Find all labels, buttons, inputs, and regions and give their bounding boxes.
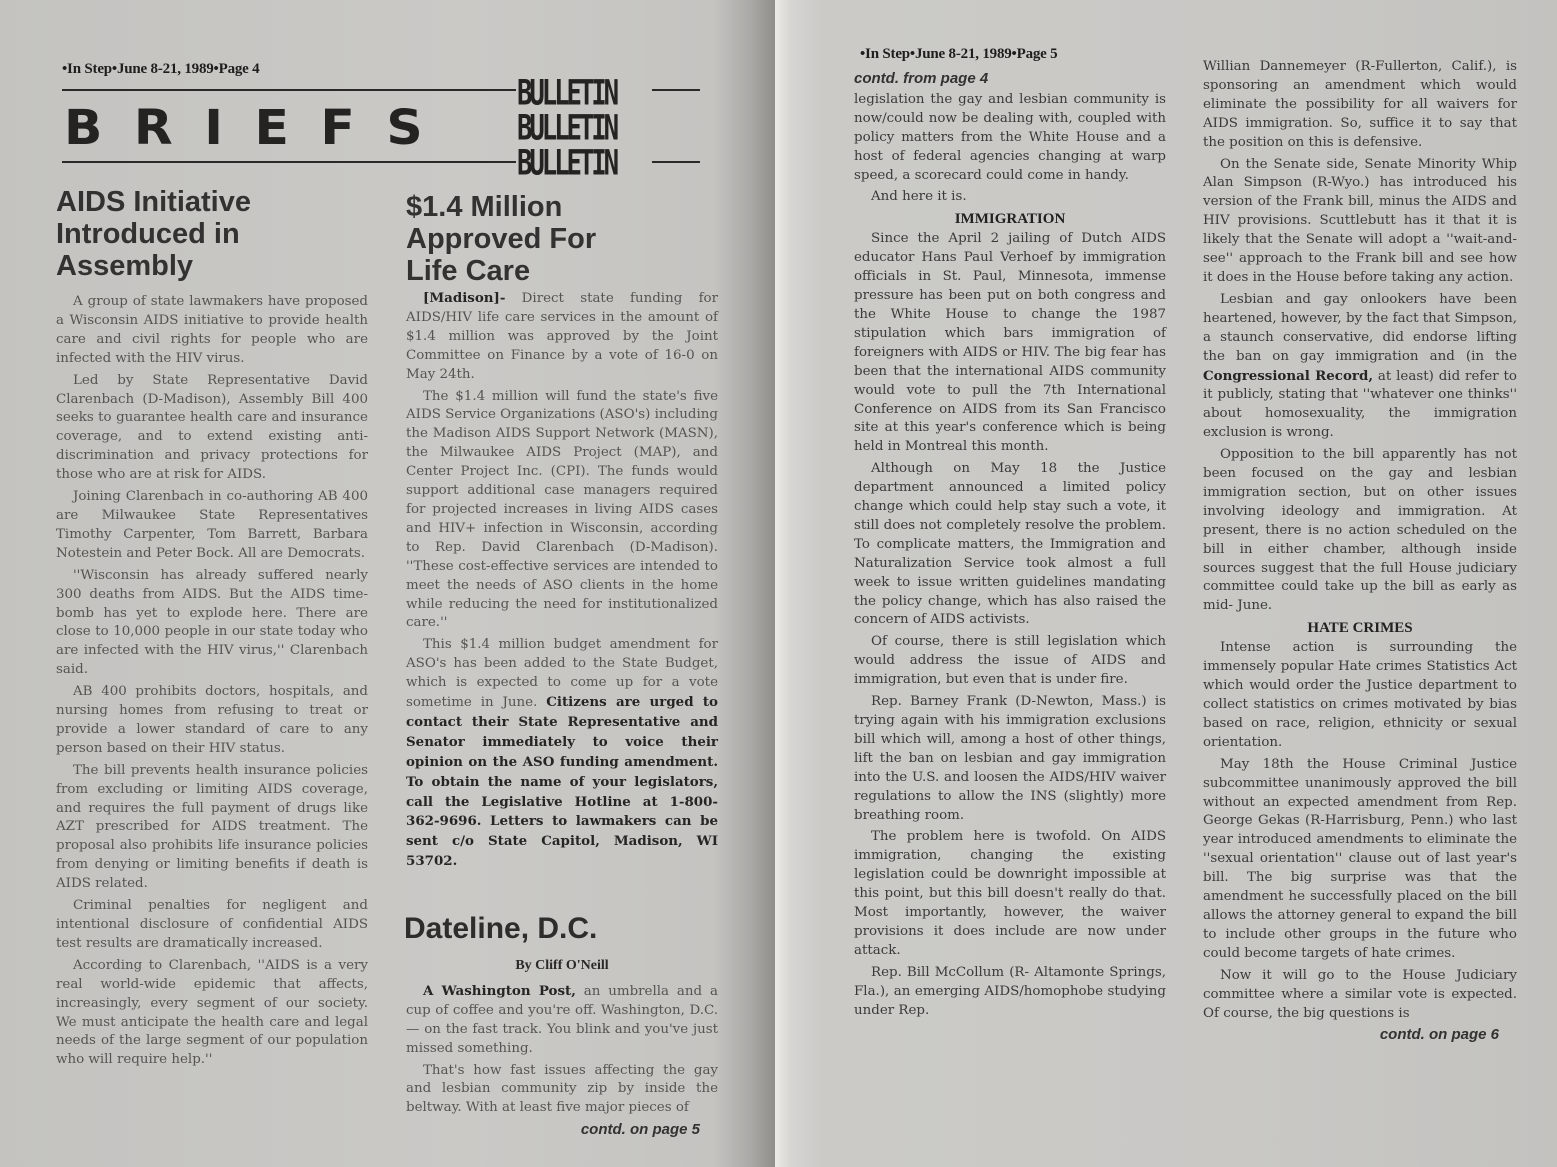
top-rule bbox=[62, 89, 516, 91]
paragraph: Opposition to the bill apparently has no… bbox=[1203, 446, 1517, 616]
paragraph: Lesbian and gay onlookers have been hear… bbox=[1203, 291, 1517, 443]
dateline-lead: [Madison]- bbox=[423, 290, 505, 306]
article-dateline-dc: By Cliff O'Neill A Washington Post, an u… bbox=[406, 955, 718, 1140]
bulletin-logo: BULLETIN bbox=[517, 110, 616, 145]
paragraph: Rep. Bill McCollum (R- Altamonte Springs… bbox=[854, 964, 1166, 1021]
headline-dateline-dc: Dateline, D.C. bbox=[404, 912, 597, 946]
publication-name: Congressional Record, bbox=[1203, 368, 1373, 384]
column-immigration: contd. from page 4 legislation the gay a… bbox=[854, 70, 1166, 1024]
bulletin-logo: BULLETIN bbox=[517, 75, 616, 110]
bulletin-dash bbox=[652, 89, 700, 91]
page-folio: •In Step•June 8-21, 1989•Page 4 bbox=[62, 61, 259, 78]
continued-link[interactable]: contd. on page 6 bbox=[1203, 1026, 1517, 1045]
bottom-rule bbox=[62, 161, 516, 163]
paragraph: The $1.4 million will fund the state's f… bbox=[406, 388, 718, 634]
publication-name: A Washington Post, bbox=[423, 983, 576, 999]
paragraph: A group of state lawmakers have proposed… bbox=[56, 293, 368, 369]
headline-aids-initiative: AIDS Initiative Introduced in Assembly bbox=[56, 186, 251, 282]
article-life-care: [Madison]- Direct state funding for AIDS… bbox=[406, 289, 718, 875]
column-hate-crimes: Willian Dannemeyer (R-Fullerton, Calif.)… bbox=[1203, 58, 1517, 1045]
paragraph: Since the April 2 jailing of Dutch AIDS … bbox=[854, 230, 1166, 457]
bulletin-dash bbox=[652, 161, 700, 163]
paragraph: [Madison]- Direct state funding for AIDS… bbox=[406, 289, 718, 385]
paragraph: According to Clarenbach, ''AIDS is a ver… bbox=[56, 957, 368, 1070]
paragraph: Intense action is surrounding the immens… bbox=[1203, 639, 1517, 752]
paragraph: ''Wisconsin has already suffered nearly … bbox=[56, 567, 368, 680]
paragraph: Criminal penalties for negligent and int… bbox=[56, 897, 368, 954]
paragraph: May 18th the House Criminal Justice subc… bbox=[1203, 756, 1517, 964]
subhead-hate-crimes: HATE CRIMES bbox=[1203, 619, 1517, 637]
bulletin-logo: BULLETIN bbox=[517, 145, 616, 180]
paragraph: Of course, there is still legislation wh… bbox=[854, 633, 1166, 690]
paragraph: The problem here is twofold. On AIDS imm… bbox=[854, 828, 1166, 960]
paragraph: Now it will go to the House Judiciary co… bbox=[1203, 967, 1517, 1024]
paragraph: AB 400 prohibits doctors, hospitals, and… bbox=[56, 683, 368, 759]
byline: By Cliff O'Neill bbox=[406, 957, 718, 976]
page-folio: •In Step•June 8-21, 1989•Page 5 bbox=[860, 46, 1057, 63]
paragraph: That's how fast issues affecting the gay… bbox=[406, 1062, 718, 1119]
paragraph: Joining Clarenbach in co-authoring AB 40… bbox=[56, 488, 368, 564]
paragraph: Although on May 18 the Justice departmen… bbox=[854, 460, 1166, 630]
call-to-action: Citizens are urged to contact their Stat… bbox=[406, 694, 718, 869]
left-page: •In Step•June 8-21, 1989•Page 4 BRIEFS B… bbox=[0, 0, 775, 1167]
subhead-immigration: IMMIGRATION bbox=[854, 210, 1166, 228]
continued-link[interactable]: contd. on page 5 bbox=[406, 1121, 718, 1140]
paragraph: The bill prevents health insurance polic… bbox=[56, 762, 368, 894]
section-title: BRIEFS bbox=[64, 100, 454, 156]
continued-from[interactable]: contd. from page 4 bbox=[854, 70, 1166, 89]
paragraph: Led by State Representative David Claren… bbox=[56, 372, 368, 485]
headline-life-care: $1.4 Million Approved For Life Care bbox=[406, 191, 596, 287]
article-aids-initiative: A group of state lawmakers have proposed… bbox=[56, 293, 368, 1073]
paragraph: A Washington Post, an umbrella and a cup… bbox=[406, 982, 718, 1059]
paragraph: Willian Dannemeyer (R-Fullerton, Calif.)… bbox=[1203, 58, 1517, 153]
paragraph: legislation the gay and lesbian communit… bbox=[854, 91, 1166, 186]
paragraph: On the Senate side, Senate Minority Whip… bbox=[1203, 156, 1517, 288]
paragraph: This $1.4 million budget amendment for A… bbox=[406, 636, 718, 872]
paragraph: Rep. Barney Frank (D-Newton, Mass.) is t… bbox=[854, 693, 1166, 825]
paragraph: And here it is. bbox=[854, 188, 1166, 207]
right-page: •In Step•June 8-21, 1989•Page 5 contd. f… bbox=[775, 0, 1557, 1167]
